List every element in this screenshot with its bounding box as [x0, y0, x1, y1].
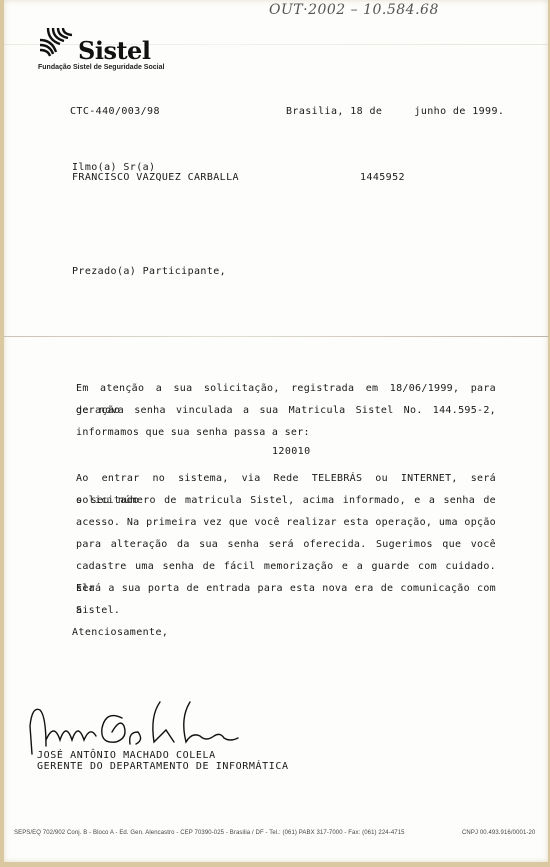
paragraph-line: o seu número de matricula Sistel, acima … [76, 490, 496, 512]
paragraph-line: para alteração da sua senha será ofereci… [76, 534, 496, 556]
paragraph-line: informamos que sua senha passa a ser: [76, 422, 496, 444]
letter-page: OUT·2002 – 10.584.68 Sistel Fundação Sis… [4, 0, 548, 862]
handwritten-reference: OUT·2002 – 10.584.68 [269, 2, 439, 18]
handwritten-signature [20, 696, 250, 756]
signer-name: JOSÉ ANTÔNIO MACHADO COLELA [37, 750, 216, 761]
recipient-id: 1445952 [360, 172, 405, 183]
stylized-signal-waves-icon [38, 26, 80, 66]
paragraph-line: Sistel. [76, 600, 496, 622]
place-date: Brasilia, 18 de junho de 1999. [286, 106, 504, 117]
paragraph-line: acesso. Na primeira vez que você realiza… [76, 512, 496, 534]
signer-title: GERENTE DO DEPARTAMENTO DE INFORMÁTICA [37, 761, 289, 772]
sistel-logo: Sistel Fundação Sistel de Seguridade Soc… [38, 26, 168, 76]
brand-name: Sistel [78, 36, 150, 65]
footer-cnpj: CNPJ 00.493.916/0001-20 [462, 830, 535, 836]
brand-subtitle: Fundação Sistel de Seguridade Social [38, 64, 164, 71]
fold-line [4, 336, 548, 337]
recipient-name: FRANCISCO VAZQUEZ CARBALLA [72, 172, 239, 183]
reference-code: CTC-440/003/98 [70, 106, 160, 117]
paragraph-line: de nova senha vinculada a sua Matricula … [76, 400, 496, 422]
footer-address: SEPS/EQ 702/902 Conj. B - Bloco A - Ed. … [14, 830, 405, 836]
closing: Atenciosamente, [72, 627, 168, 638]
greeting: Prezado(a) Participante, [72, 266, 226, 277]
new-password: 120010 [272, 446, 311, 457]
